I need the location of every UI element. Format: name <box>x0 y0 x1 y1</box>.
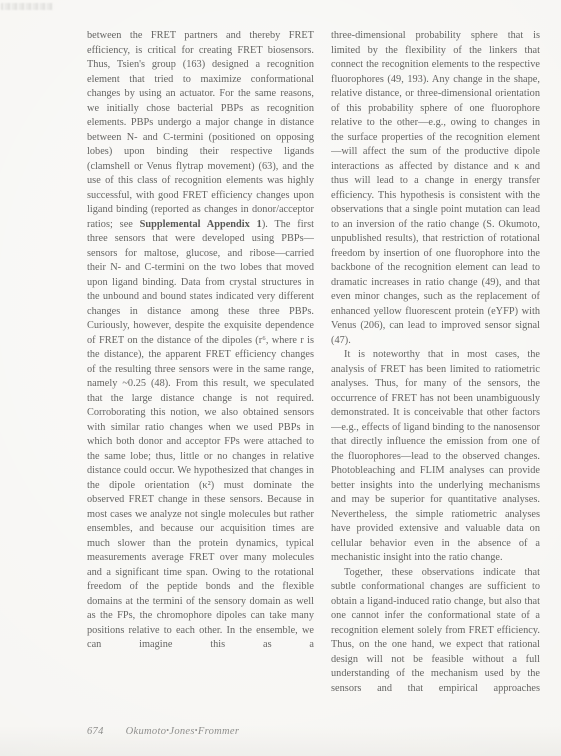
author-okumoto: Okumoto <box>126 726 167 737</box>
left-column-text: between the FRET partners and thereby FR… <box>87 29 314 653</box>
bullet-separator: • <box>166 726 169 735</box>
left-column: between the FRET partners and thereby FR… <box>87 29 314 710</box>
right-paragraph-2: It is noteworthy that in most cases, the… <box>331 348 540 566</box>
supplemental-appendix-reference: Supplemental Appendix 1 <box>140 219 262 230</box>
scan-artifact <box>1 3 53 10</box>
running-authors: Okumoto•Jones•Frommer <box>126 726 240 737</box>
author-jones: Jones <box>169 726 194 737</box>
bullet-separator: • <box>195 726 198 735</box>
right-paragraph-3: Together, these observations indicate th… <box>331 566 540 697</box>
page-number: 674 <box>87 726 104 737</box>
left-text-before-bold: between the FRET partners and thereby FR… <box>87 30 314 230</box>
right-column: three-dimensional probability sphere tha… <box>331 29 540 710</box>
author-frommer: Frommer <box>198 726 239 737</box>
scanned-journal-page: between the FRET partners and thereby FR… <box>0 0 561 756</box>
page-footer: 674 Okumoto•Jones•Frommer <box>87 726 239 737</box>
right-paragraph-1: three-dimensional probability sphere tha… <box>331 29 540 348</box>
text-columns: between the FRET partners and thereby FR… <box>87 29 540 710</box>
left-text-after-bold: ). The first three sensors that were dev… <box>87 219 314 651</box>
